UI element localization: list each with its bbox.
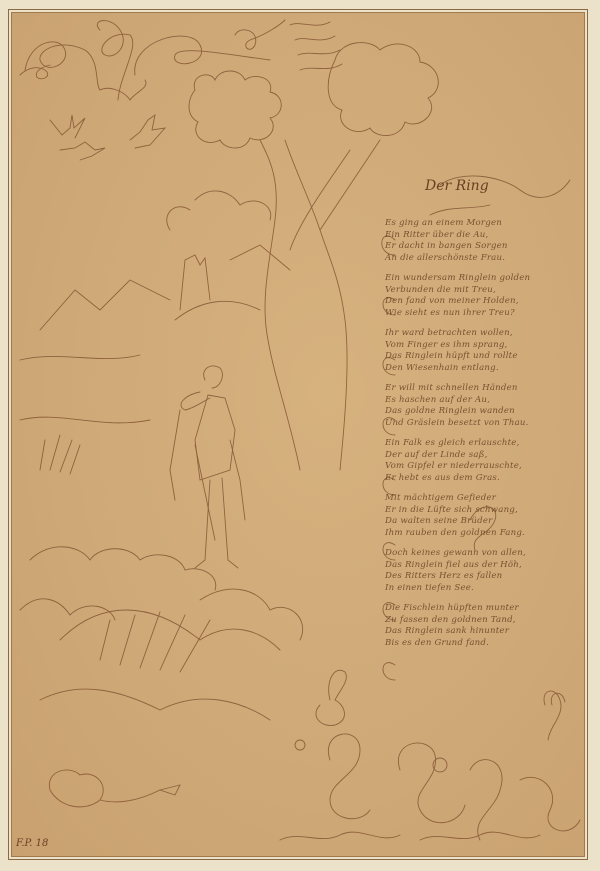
poem-line: Bis es den Grund fand. xyxy=(385,638,575,650)
stanza-8: Die Fischlein hüpften munter Zu fassen d… xyxy=(385,603,575,649)
stanza-2: Ein wundersam Ringlein golden Verbunden … xyxy=(385,273,575,319)
stanza-3: Ihr ward betrachten wollen, Vom Finger e… xyxy=(385,328,575,374)
poem-line: Und Gräslein besetzt von Thau. xyxy=(385,418,575,430)
poem-line: Er in die Lüfte sich schwang, xyxy=(385,505,575,517)
otter-icon xyxy=(49,770,180,807)
poem-text: Der Ring Es ging an einem Morgen Ein Rit… xyxy=(385,178,575,658)
poem-line: In einen tiefen See. xyxy=(385,583,575,595)
poem-line: Mit mächtigem Gefieder xyxy=(385,493,575,505)
poem-line: Das Ringlein sank hinunter xyxy=(385,626,575,638)
stanza-6: Mit mächtigem Gefieder Er in die Lüfte s… xyxy=(385,493,575,539)
birds-icon xyxy=(50,115,165,160)
swan-icon xyxy=(316,670,346,725)
poem-line: Vom Gipfel er niederrauschte, xyxy=(385,461,575,473)
poem-line: Es ging an einem Morgen xyxy=(385,218,575,230)
poem-line: Ein Ritter über die Au, xyxy=(385,230,575,242)
poem-line: Doch keines gewann von allen, xyxy=(385,548,575,560)
poem-line: Die Fischlein hüpften munter xyxy=(385,603,575,615)
poem-line: Vom Finger es ihm sprang, xyxy=(385,340,575,352)
castle-icon xyxy=(175,255,260,320)
stanza-1: Es ging an einem Morgen Ein Ritter über … xyxy=(385,218,575,264)
poem-line: Ihr ward betrachten wollen, xyxy=(385,328,575,340)
mount-board: Der Ring Es ging an einem Morgen Ein Rit… xyxy=(0,0,600,871)
poem-line: Den Wiesenhain entlang. xyxy=(385,363,575,375)
artist-signature: F.P. 18 xyxy=(16,838,48,849)
bushes-icon xyxy=(20,435,303,720)
poem-line: Er dacht in bangen Sorgen xyxy=(385,241,575,253)
poem-line: Den fand von meiner Holden, xyxy=(385,296,575,308)
poem-line: Er will mit schnellen Händen xyxy=(385,383,575,395)
poem-line: Es haschen auf der Au, xyxy=(385,395,575,407)
poem-line: Der auf der Linde saß, xyxy=(385,450,575,462)
poem-line: Ein Falk es gleich erlauschte, xyxy=(385,438,575,450)
flourish-scrolls-icon xyxy=(290,22,342,70)
poem-line: Da walten seine Brüder xyxy=(385,516,575,528)
poem-line: Ihm rauben den goldnen Fang. xyxy=(385,528,575,540)
poem-line: An die allerschönste Frau. xyxy=(385,253,575,265)
poem-line: Wie sieht es nun ihrer Treu? xyxy=(385,308,575,320)
stanza-5: Ein Falk es gleich erlauschte, Der auf d… xyxy=(385,438,575,484)
poem-title: Der Ring xyxy=(425,178,575,218)
knight-figure-icon xyxy=(170,366,245,568)
poem-line: Des Ritters Herz es fallen xyxy=(385,571,575,583)
poem-line: Er hebt es aus dem Gras. xyxy=(385,473,575,485)
poem-line: Ein wundersam Ringlein golden xyxy=(385,273,575,285)
poem-line: Verbunden die mit Treu, xyxy=(385,285,575,297)
poem-line: Zu fassen den goldnen Tand, xyxy=(385,615,575,627)
flourish-bottom-icon xyxy=(280,734,580,840)
mountains-icon xyxy=(20,245,290,423)
poem-line: Das goldne Ringlein wanden xyxy=(385,406,575,418)
stanza-7: Doch keines gewann von allen, Das Ringle… xyxy=(385,548,575,594)
flourish-top-left-icon xyxy=(20,20,285,100)
poem-line: Das Ringlein fiel aus der Höh, xyxy=(385,560,575,572)
poem-line: Das Ringlein hüpft und rollte xyxy=(385,351,575,363)
stanza-4: Er will mit schnellen Händen Es haschen … xyxy=(385,383,575,429)
